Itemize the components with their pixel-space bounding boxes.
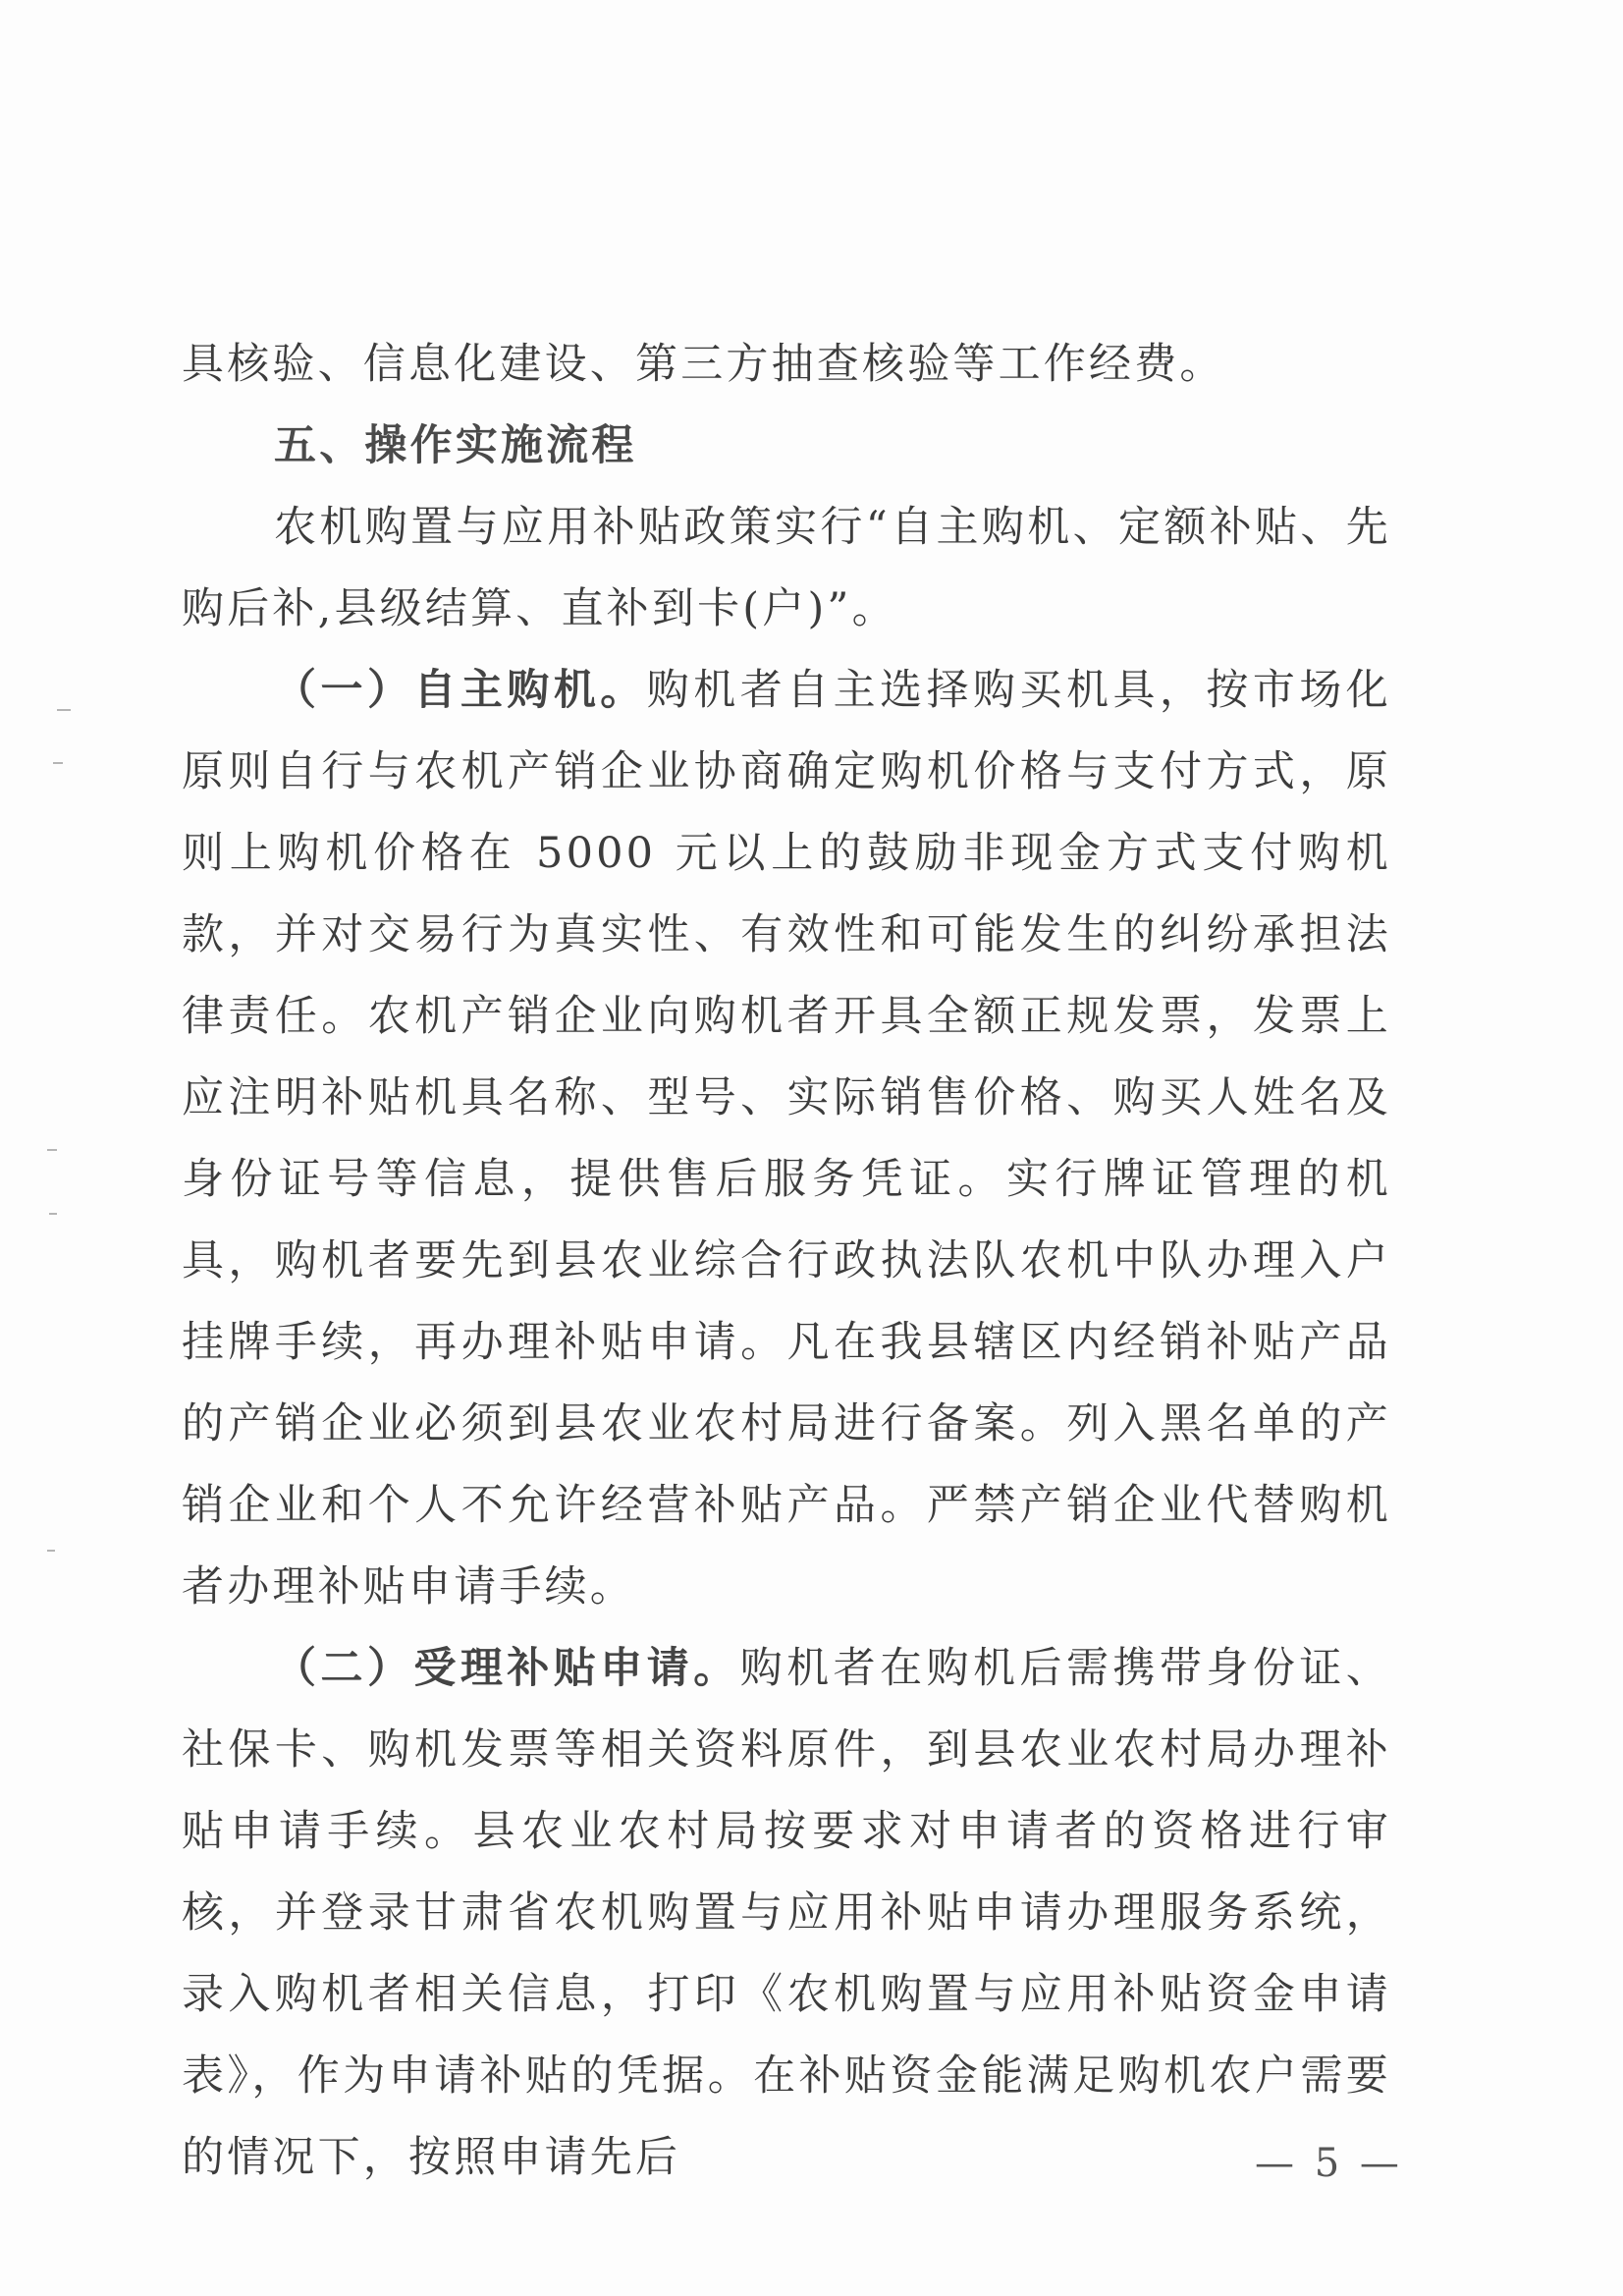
- scan-artifact-mark: [53, 762, 63, 764]
- document-body: 具核验、信息化建设、第三方抽查核验等工作经费。 五、操作实施流程 农机购置与应用…: [182, 324, 1391, 2199]
- paragraph-intro: 农机购置与应用补贴政策实行“自主购机、定额补贴、先购后补,县级结算、直补到卡(户…: [182, 487, 1391, 650]
- subsection-lead-accept-application: （二）受理补贴申请。: [274, 1644, 740, 1693]
- paragraph-accept-application: （二）受理补贴申请。购机者在购机后需携带身份证、社保卡、购机发票等相关资料原件，…: [182, 1628, 1391, 2199]
- paragraph-accept-application-text: 购机者在购机后需携带身份证、社保卡、购机发票等相关资料原件，到县农业农村局办理补…: [182, 1644, 1391, 2182]
- page-number: — 5 —: [1255, 2141, 1403, 2186]
- section-heading: 五、操作实施流程: [182, 406, 1391, 487]
- scan-artifact-mark: [57, 709, 71, 711]
- paragraph-continuation: 具核验、信息化建设、第三方抽查核验等工作经费。: [182, 324, 1391, 406]
- subsection-lead-self-purchase: （一）自主购机。: [274, 666, 647, 715]
- paragraph-self-purchase: （一）自主购机。购机者自主选择购买机具，按市场化原则自行与农机产销企业协商确定购…: [182, 650, 1391, 1628]
- scan-artifact-mark: [47, 1550, 55, 1552]
- scan-artifact-mark: [49, 1213, 57, 1215]
- paragraph-self-purchase-text: 购机者自主选择购买机具，按市场化原则自行与农机产销企业协商确定购机价格与支付方式…: [182, 666, 1391, 1612]
- scan-artifact-mark: [47, 1149, 57, 1151]
- document-page: 具核验、信息化建设、第三方抽查核验等工作经费。 五、操作实施流程 农机购置与应用…: [0, 0, 1623, 2296]
